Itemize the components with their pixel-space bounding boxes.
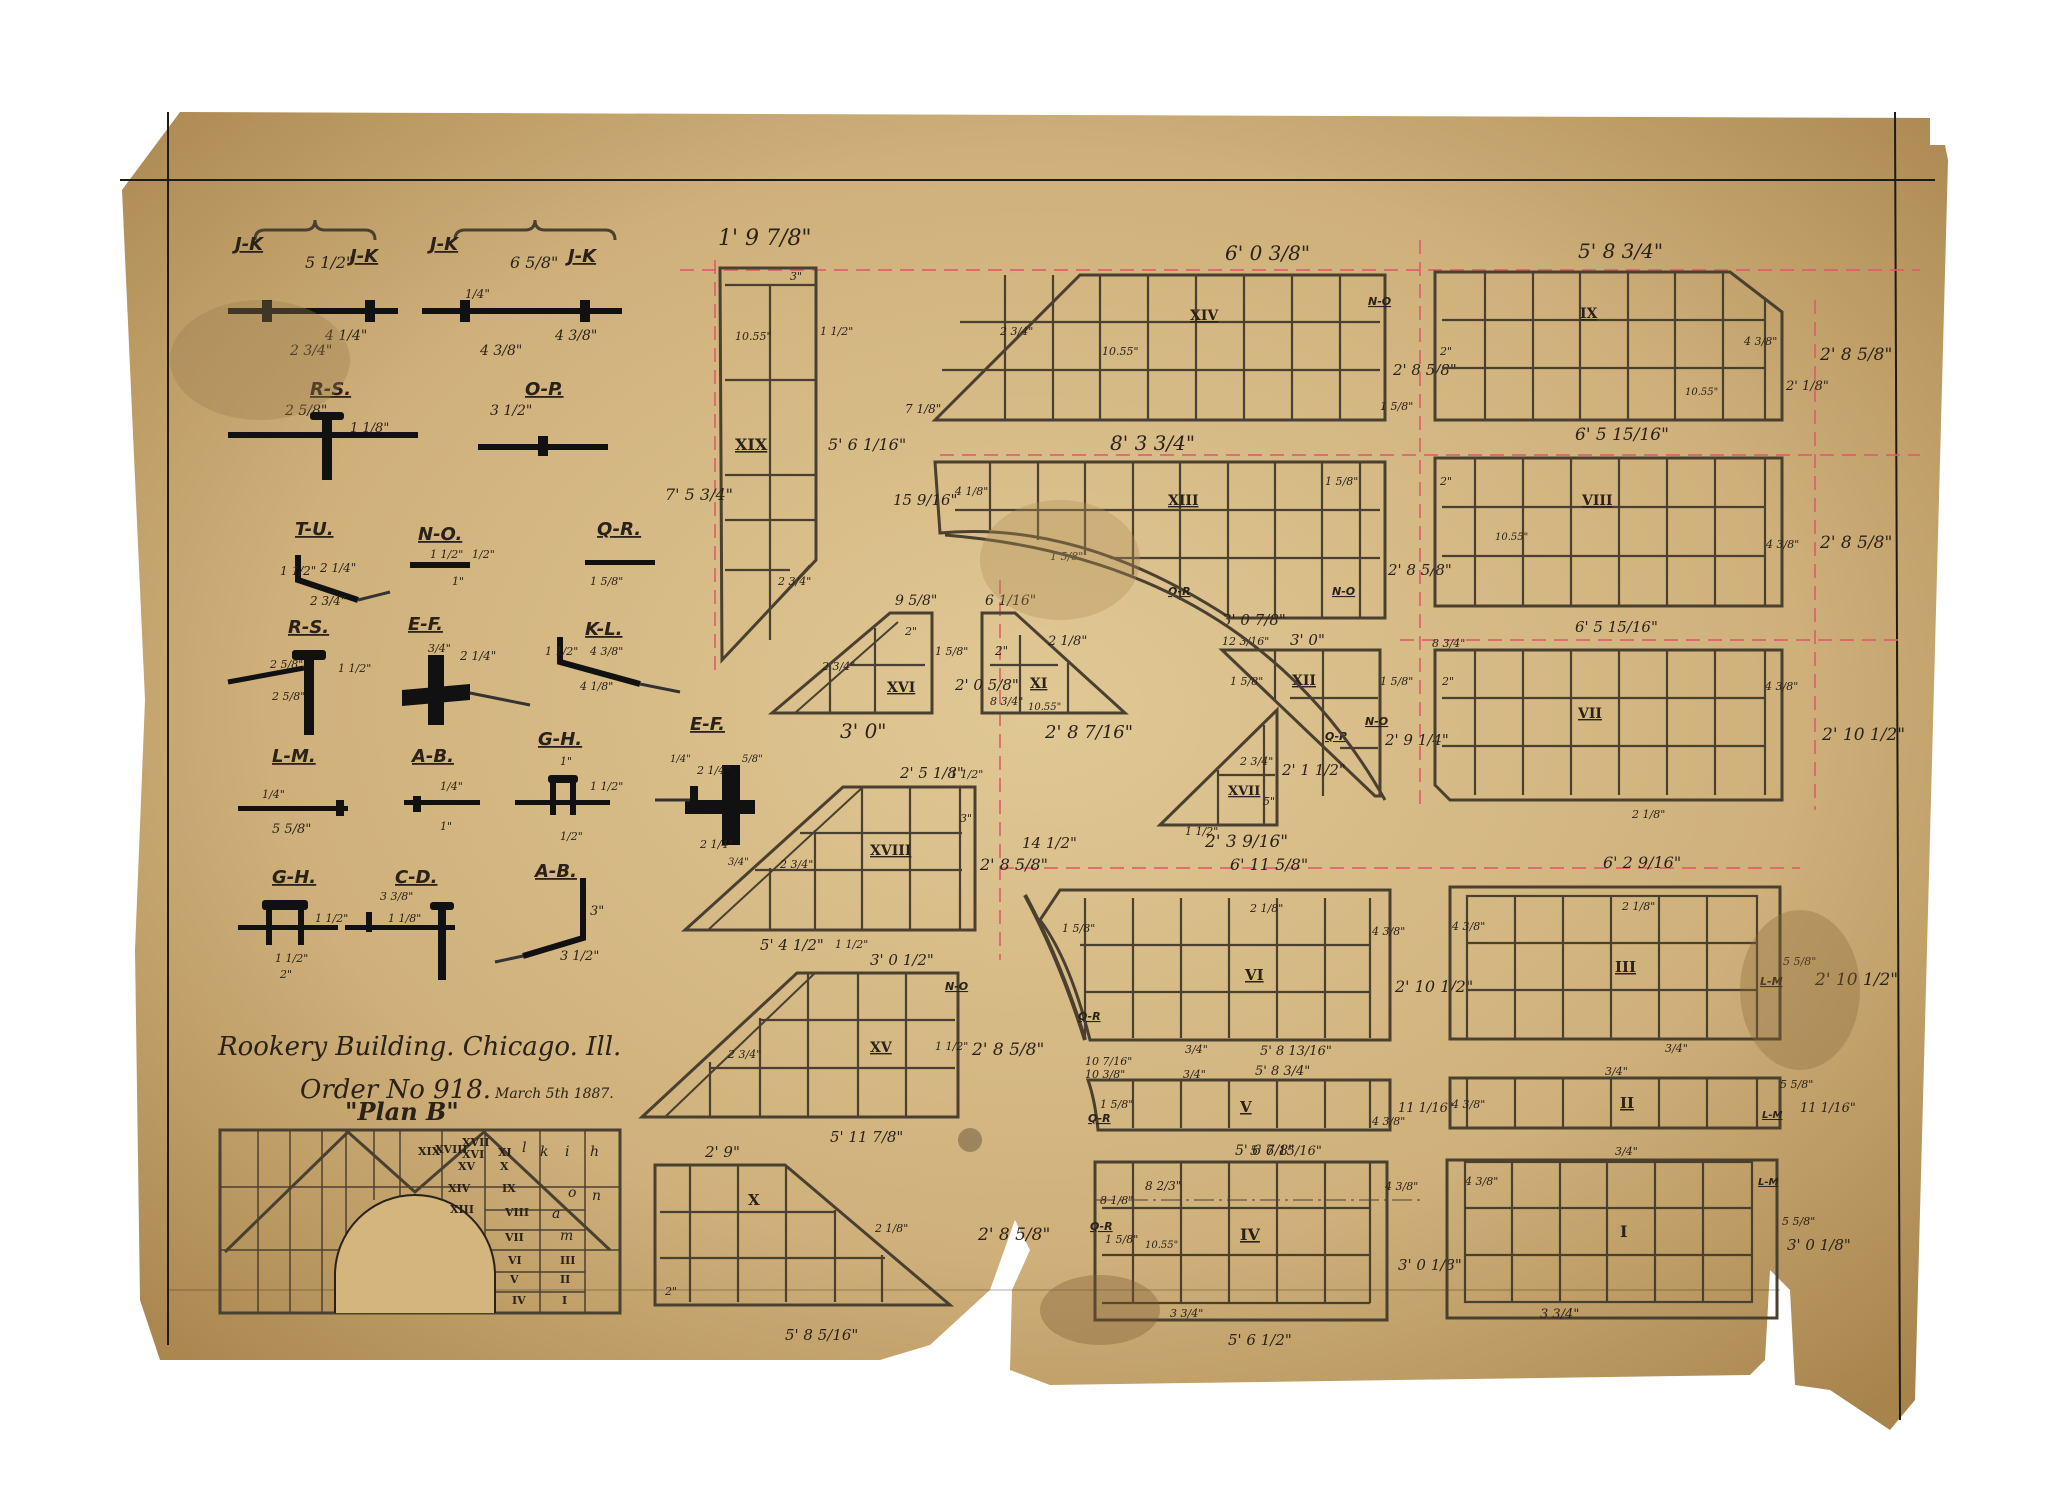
svg-text:XI: XI	[498, 1146, 512, 1159]
svg-text:11 1/16": 11 1/16"	[1398, 1101, 1454, 1116]
svg-text:3/4": 3/4"	[1665, 1042, 1688, 1055]
svg-text:1 5/8": 1 5/8"	[1325, 475, 1358, 488]
svg-text:3": 3"	[590, 904, 604, 919]
svg-text:1 5/8": 1 5/8"	[1380, 675, 1413, 688]
svg-text:J-K: J-K	[232, 234, 265, 255]
svg-text:3' 0 1/2": 3' 0 1/2"	[870, 951, 934, 969]
svg-text:2' 8 5/8": 2' 8 5/8"	[1819, 533, 1892, 553]
panel-label: XVII	[1228, 784, 1260, 799]
panel-label: IX	[1580, 306, 1598, 322]
svg-text:1": 1"	[452, 575, 464, 588]
svg-text:3 1/2": 3 1/2"	[560, 949, 599, 964]
svg-text:VI: VI	[507, 1254, 522, 1267]
svg-text:5/8": 5/8"	[742, 754, 763, 765]
svg-text:10.55": 10.55"	[1685, 387, 1718, 398]
svg-text:C-D.: C-D.	[395, 867, 437, 888]
svg-text:1 5/8": 1 5/8"	[1062, 922, 1095, 935]
svg-text:2 3/4": 2 3/4"	[779, 858, 813, 871]
svg-text:O-P.: O-P.	[525, 379, 564, 400]
svg-text:1": 1"	[560, 755, 572, 768]
svg-text:N-O.: N-O.	[418, 524, 462, 545]
svg-text:2 3/4": 2 3/4"	[777, 575, 811, 588]
svg-text:II: II	[560, 1273, 570, 1286]
svg-text:4 3/8": 4 3/8"	[1451, 920, 1485, 933]
svg-text:5' 8 13/16": 5' 8 13/16"	[1260, 1044, 1332, 1059]
svg-text:3/4": 3/4"	[1605, 1065, 1628, 1078]
svg-text:J-K: J-K	[427, 234, 460, 255]
svg-text:3 3/8": 3 3/8"	[380, 890, 413, 903]
svg-text:IX: IX	[502, 1182, 516, 1195]
svg-text:2 3/4": 2 3/4"	[821, 660, 855, 673]
svg-text:10.55": 10.55"	[1028, 702, 1061, 713]
svg-text:2' 8 7/16": 2' 8 7/16"	[1044, 722, 1133, 743]
svg-text:3' 0 1/8": 3' 0 1/8"	[1398, 1256, 1462, 1274]
svg-text:10.55": 10.55"	[1145, 1240, 1178, 1251]
svg-text:1 5/8": 1 5/8"	[1100, 1098, 1133, 1111]
svg-text:2' 8 5/8": 2' 8 5/8"	[1392, 361, 1457, 379]
svg-text:2 1/8": 2 1/8"	[1631, 808, 1665, 821]
svg-text:15 9/16": 15 9/16"	[893, 491, 957, 509]
svg-text:1 1/2": 1 1/2"	[280, 564, 316, 578]
svg-text:1 5/8": 1 5/8"	[1105, 1233, 1138, 1246]
svg-text:6' 11 5/8": 6' 11 5/8"	[1230, 855, 1308, 874]
svg-text:2' 3 9/16": 2' 3 9/16"	[1204, 832, 1288, 852]
svg-text:4 3/8": 4 3/8"	[479, 343, 522, 359]
svg-text:2' 8 5/8": 2' 8 5/8"	[979, 855, 1048, 874]
svg-text:1/4": 1/4"	[440, 780, 463, 793]
svg-text:VIII: VIII	[504, 1206, 529, 1219]
svg-text:1 1/8": 1 1/8"	[350, 421, 389, 436]
svg-text:4 3/8": 4 3/8"	[1371, 1115, 1405, 1128]
svg-text:2": 2"	[904, 625, 917, 638]
svg-text:I: I	[562, 1294, 567, 1307]
svg-text:8 1/8": 8 1/8"	[1100, 1194, 1133, 1207]
svg-text:1 5/8": 1 5/8"	[935, 645, 968, 658]
svg-text:1 5/8": 1 5/8"	[1380, 400, 1413, 413]
svg-text:9 5/8": 9 5/8"	[895, 593, 937, 609]
svg-text:4 1/8": 4 1/8"	[954, 485, 988, 498]
svg-text:3' 0": 3' 0"	[840, 719, 887, 743]
svg-text:5' 8 3/4": 5' 8 3/4"	[1255, 1064, 1310, 1079]
svg-text:3' 0": 3' 0"	[1290, 631, 1325, 649]
svg-text:1 1/2": 1 1/2"	[590, 780, 623, 793]
svg-text:2 1/4": 2 1/4"	[699, 838, 733, 851]
panel-label: VII	[1577, 706, 1602, 722]
svg-text:2' 1 1/2": 2' 1 1/2"	[1281, 761, 1346, 779]
svg-text:1/4": 1/4"	[262, 788, 285, 801]
svg-text:1 1/2": 1 1/2"	[338, 662, 371, 675]
svg-text:1 1/2": 1 1/2"	[835, 938, 868, 951]
svg-text:8 2/3": 8 2/3"	[1145, 1179, 1181, 1193]
svg-text:3/4": 3/4"	[728, 857, 749, 868]
svg-text:5 5/8": 5 5/8"	[272, 822, 311, 837]
svg-text:2 1/4": 2 1/4"	[459, 649, 496, 663]
svg-text:1 1/2": 1 1/2"	[430, 548, 463, 561]
svg-text:2' 8 5/8": 2' 8 5/8"	[971, 1040, 1044, 1060]
svg-text:2 3/4": 2 3/4"	[1239, 755, 1273, 768]
svg-text:4 3/8": 4 3/8"	[1464, 1175, 1498, 1188]
svg-text:R-S.: R-S.	[288, 617, 329, 638]
svg-text:XIV: XIV	[448, 1182, 471, 1195]
panel-label: XIV	[1190, 308, 1219, 324]
panel-label: IV	[1240, 1225, 1260, 1244]
svg-text:G-H.: G-H.	[272, 867, 316, 888]
svg-text:A-B.: A-B.	[533, 861, 577, 882]
svg-text:XV: XV	[458, 1160, 476, 1173]
svg-text:V: V	[509, 1273, 519, 1286]
svg-text:1": 1"	[440, 820, 452, 833]
svg-text:5 5/8": 5 5/8"	[1782, 1215, 1815, 1228]
svg-text:Q-R.: Q-R.	[597, 519, 641, 540]
svg-text:IV: IV	[512, 1294, 526, 1307]
svg-text:5' 6 7/8": 5' 6 7/8"	[1235, 1143, 1295, 1159]
svg-text:1 1/2": 1 1/2"	[935, 1040, 968, 1053]
svg-text:X: X	[500, 1160, 509, 1173]
svg-text:1/2": 1/2"	[560, 830, 583, 843]
svg-text:6' 5 15/16": 6' 5 15/16"	[1575, 425, 1669, 445]
svg-text:N-O: N-O	[1332, 585, 1355, 598]
svg-text:2": 2"	[994, 644, 1008, 658]
svg-text:6' 5 15/16": 6' 5 15/16"	[1575, 618, 1658, 636]
panel-label: XVIII	[870, 843, 911, 859]
svg-text:4 3/8": 4 3/8"	[1451, 1098, 1485, 1111]
svg-text:XIII: XIII	[450, 1203, 474, 1216]
svg-text:i: i	[565, 1144, 569, 1160]
svg-text:2' 8 5/8": 2' 8 5/8"	[977, 1225, 1050, 1245]
svg-text:8' 3 3/4": 8' 3 3/4"	[1110, 431, 1195, 455]
svg-text:2' 8 5/8": 2' 8 5/8"	[1819, 345, 1892, 365]
panel-label: XIII	[1168, 493, 1199, 509]
plan-label: "Plan B"	[345, 1097, 459, 1126]
svg-text:G-H.: G-H.	[538, 729, 582, 750]
svg-text:3/4": 3/4"	[1185, 1043, 1208, 1056]
svg-text:1/2": 1/2"	[472, 548, 495, 561]
svg-text:3": 3"	[960, 812, 972, 825]
svg-text:a: a	[552, 1206, 560, 1222]
svg-text:h: h	[590, 1144, 599, 1160]
svg-text:10.55": 10.55"	[1102, 345, 1139, 358]
svg-text:N-O: N-O	[1365, 715, 1388, 728]
svg-text:m: m	[560, 1228, 573, 1244]
svg-text:2' 9": 2' 9"	[704, 1143, 740, 1161]
svg-text:2 1/4": 2 1/4"	[696, 764, 730, 777]
svg-text:N-O: N-O	[1368, 295, 1391, 308]
panel-label: I	[1620, 1222, 1627, 1241]
svg-text:2 3/4": 2 3/4"	[309, 594, 346, 608]
panel-label: VI	[1244, 966, 1264, 984]
svg-text:1 5/8": 1 5/8"	[590, 575, 623, 588]
svg-text:2' 9 1/4": 2' 9 1/4"	[1384, 731, 1449, 749]
svg-text:2' 0 5/8": 2' 0 5/8"	[954, 676, 1019, 694]
svg-text:5' 4 1/2": 5' 4 1/2"	[760, 936, 824, 954]
svg-text:3 3/4": 3 3/4"	[1540, 1307, 1579, 1322]
svg-text:1 5/8": 1 5/8"	[1230, 675, 1263, 688]
svg-text:L-M.: L-M.	[272, 746, 316, 767]
svg-text:5' 8 3/4": 5' 8 3/4"	[1578, 239, 1663, 263]
svg-text:1/4": 1/4"	[465, 287, 490, 301]
svg-text:5' 11 7/8": 5' 11 7/8"	[830, 1128, 903, 1146]
svg-text:Q-R: Q-R	[1088, 1112, 1111, 1125]
svg-text:11 1/16": 11 1/16"	[1800, 1101, 1856, 1116]
svg-text:1' 9 7/8": 1' 9 7/8"	[718, 226, 812, 251]
svg-text:4 3/8": 4 3/8"	[1764, 680, 1798, 693]
svg-text:7 1/8": 7 1/8"	[905, 402, 941, 416]
svg-text:2 1/8": 2 1/8"	[1621, 900, 1655, 913]
svg-text:10 3/8": 10 3/8"	[1085, 1068, 1125, 1081]
svg-text:8 3/4": 8 3/4"	[990, 695, 1023, 708]
svg-text:10.55": 10.55"	[1495, 532, 1528, 543]
svg-text:L-M: L-M	[1758, 1177, 1779, 1188]
svg-text:3' 0 1/8": 3' 0 1/8"	[1787, 1236, 1851, 1254]
svg-text:Q-R: Q-R	[1078, 1010, 1101, 1023]
svg-text:Q-R: Q-R	[1168, 585, 1191, 598]
svg-text:l: l	[522, 1140, 526, 1156]
panel-label: XVI	[887, 680, 915, 696]
svg-text:6' 0 3/8": 6' 0 3/8"	[1225, 241, 1310, 265]
svg-text:E-F.: E-F.	[690, 714, 725, 735]
svg-text:2": 2"	[279, 968, 292, 981]
svg-text:1 1/2": 1 1/2"	[820, 325, 853, 338]
svg-text:5' 8 5/16": 5' 8 5/16"	[785, 1326, 858, 1344]
panel-label: II	[1620, 1094, 1634, 1112]
svg-text:4 3/8": 4 3/8"	[1765, 538, 1799, 551]
svg-text:4 3/8": 4 3/8"	[589, 645, 623, 658]
panel-label: XV	[870, 1040, 893, 1056]
svg-text:2": 2"	[664, 1285, 677, 1298]
svg-text:1 1/2": 1 1/2"	[950, 768, 983, 781]
svg-text:n: n	[592, 1188, 601, 1204]
panel-label: VIII	[1581, 493, 1613, 509]
svg-text:VII: VII	[504, 1231, 524, 1244]
svg-text:5' 6 1/2": 5' 6 1/2"	[1228, 1331, 1292, 1349]
svg-text:2 3/4": 2 3/4"	[727, 1048, 761, 1061]
svg-text:3 3/4": 3 3/4"	[1170, 1307, 1203, 1320]
svg-text:6' 2 9/16": 6' 2 9/16"	[1603, 853, 1681, 872]
svg-text:1/4": 1/4"	[670, 754, 691, 765]
svg-text:3 1/2": 3 1/2"	[490, 403, 532, 419]
svg-text:4 3/8": 4 3/8"	[1371, 925, 1405, 938]
svg-text:5": 5"	[1263, 795, 1275, 808]
svg-text:14 1/2": 14 1/2"	[1022, 834, 1077, 852]
svg-text:2' 10 1/2": 2' 10 1/2"	[1394, 977, 1473, 996]
building-title: Rookery Building. Chicago. Ill.	[217, 1032, 621, 1062]
blueprint-sheet: J-K J-K 5 1/2" 4 1/4" 2 3/4" J-K J-K 6 5…	[0, 0, 2048, 1510]
svg-text:2' 10 1/2": 2' 10 1/2"	[1821, 725, 1905, 745]
svg-text:J-K: J-K	[565, 246, 598, 267]
svg-text:2' 8 5/8": 2' 8 5/8"	[1387, 561, 1452, 579]
panel-label: X	[748, 1191, 760, 1209]
svg-text:1 1/2": 1 1/2"	[545, 645, 578, 658]
svg-text:6 5/8": 6 5/8"	[510, 253, 558, 272]
order-date: March 5th 1887.	[494, 1086, 614, 1102]
svg-text:1 1/8": 1 1/8"	[388, 912, 421, 925]
svg-text:T-U.: T-U.	[295, 519, 334, 540]
svg-text:A-B.: A-B.	[410, 746, 454, 767]
panel-label: V	[1239, 1098, 1252, 1116]
svg-text:5 1/2": 5 1/2"	[305, 253, 353, 272]
svg-text:2 1/8": 2 1/8"	[1249, 902, 1283, 915]
svg-text:2": 2"	[1441, 675, 1454, 688]
svg-text:4 3/8": 4 3/8"	[1743, 335, 1777, 348]
svg-text:7' 5 3/4": 7' 5 3/4"	[665, 485, 733, 504]
svg-text:2 5/8": 2 5/8"	[269, 658, 303, 671]
svg-text:10.55": 10.55"	[735, 330, 772, 343]
svg-text:3' 0 7/8": 3' 0 7/8"	[1222, 611, 1286, 629]
svg-text:2 3/4": 2 3/4"	[999, 325, 1033, 338]
svg-text:5 5/8": 5 5/8"	[1780, 1078, 1813, 1091]
svg-text:10 7/16": 10 7/16"	[1085, 1055, 1132, 1068]
svg-text:K-L.: K-L.	[585, 619, 623, 640]
svg-text:4 1/8": 4 1/8"	[579, 680, 613, 693]
svg-text:3/4": 3/4"	[428, 642, 451, 655]
svg-text:1 1/2": 1 1/2"	[275, 952, 308, 965]
svg-text:4 3/8": 4 3/8"	[1384, 1180, 1418, 1193]
svg-text:o: o	[568, 1185, 576, 1201]
panel-label: III	[1615, 958, 1636, 976]
svg-text:2 1/4": 2 1/4"	[319, 561, 356, 575]
svg-text:2": 2"	[1439, 345, 1452, 358]
svg-text:2 5/8": 2 5/8"	[271, 690, 305, 703]
svg-text:5' 6 1/16": 5' 6 1/16"	[828, 435, 906, 454]
panel-label: XI	[1030, 676, 1047, 692]
svg-text:E-F.: E-F.	[408, 614, 443, 635]
svg-text:2 1/8": 2 1/8"	[1047, 634, 1087, 649]
svg-text:3": 3"	[790, 270, 802, 283]
panel-label: XIX	[735, 435, 768, 454]
svg-text:2' 1/8": 2' 1/8"	[1785, 379, 1829, 394]
svg-text:L-M: L-M	[1762, 1110, 1783, 1121]
svg-text:2": 2"	[1439, 475, 1452, 488]
svg-text:12 3/16": 12 3/16"	[1222, 635, 1269, 648]
svg-text:8 3/4": 8 3/4"	[1432, 637, 1465, 650]
svg-text:3/4": 3/4"	[1183, 1068, 1206, 1081]
svg-text:3/4": 3/4"	[1615, 1145, 1638, 1158]
svg-text:k: k	[540, 1144, 548, 1160]
svg-text:2 1/8": 2 1/8"	[874, 1222, 908, 1235]
svg-text:1 1/2": 1 1/2"	[315, 912, 348, 925]
svg-text:N-O: N-O	[945, 980, 968, 993]
svg-text:Q-R: Q-R	[1090, 1220, 1113, 1233]
svg-text:III: III	[560, 1254, 575, 1267]
svg-text:4 3/8": 4 3/8"	[554, 328, 597, 344]
